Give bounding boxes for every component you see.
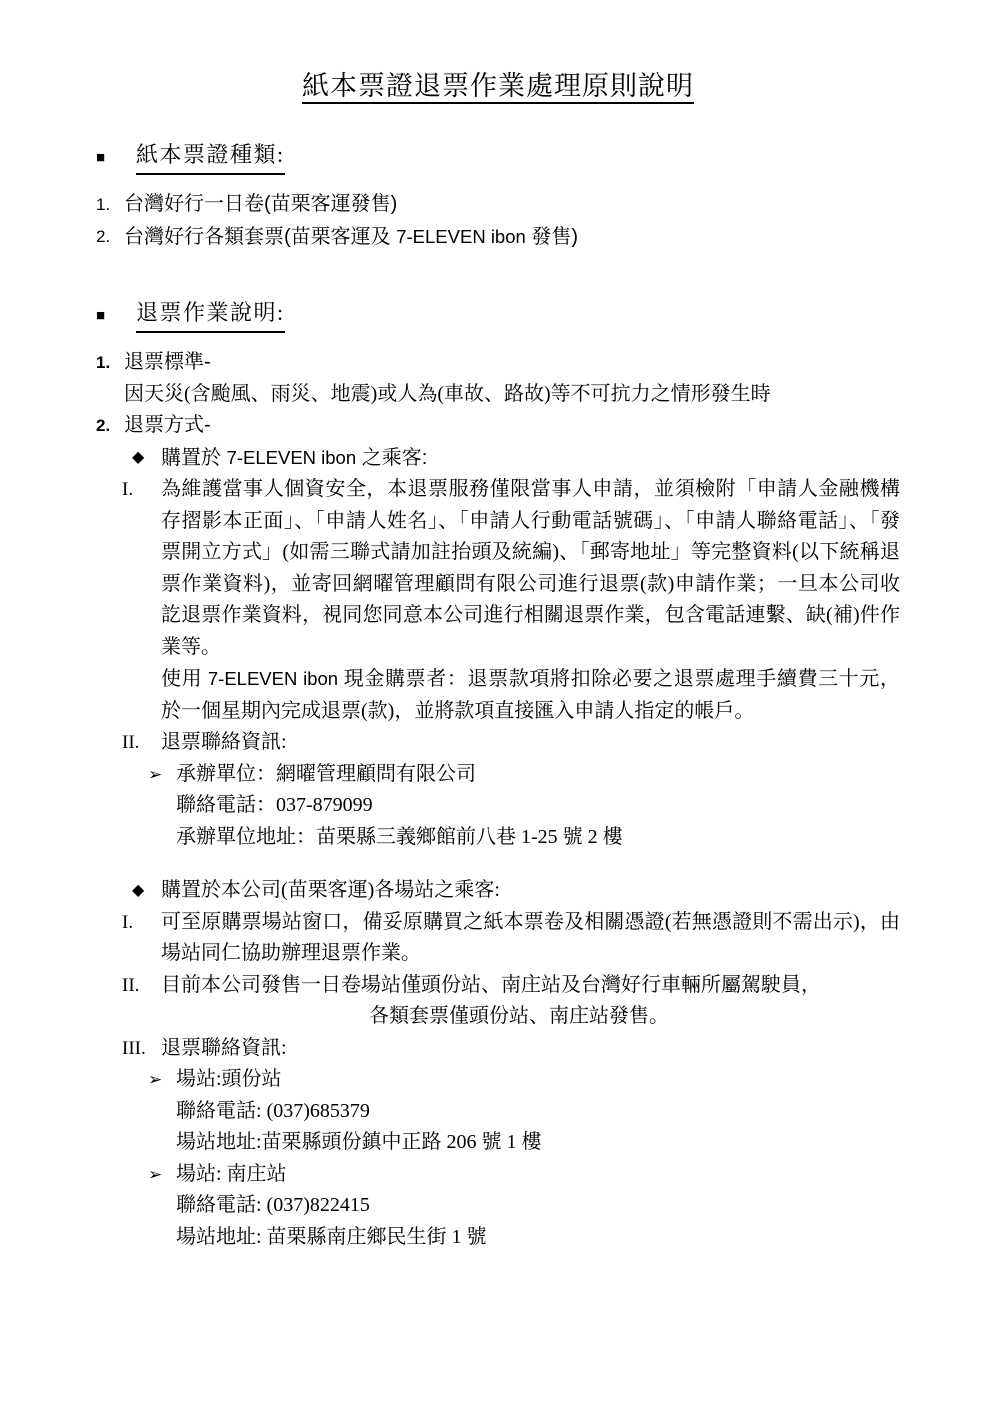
square-bullet-icon: ■	[96, 143, 136, 173]
ibon-label-post: 之乘客:	[356, 447, 427, 469]
station-paragraph-2-line2: 各類套票僅頭份站、南庄站發售。	[369, 1001, 900, 1033]
list-item: 2. 台灣好行各類套票(苗栗客運及 7-ELEVEN ibon 發售)	[96, 221, 900, 254]
refund-method-item: 2. 退票方式-	[96, 410, 900, 442]
ibon-label-pre: 購置於	[161, 447, 227, 469]
ibon-paragraph-2: 使用 7-ELEVEN ibon 現金購票者：退票款項將扣除必要之退票處理手續費…	[161, 663, 900, 727]
station2-phone: 聯絡電話: (037)822415	[176, 1190, 900, 1222]
arrow-bullet-icon: ➢	[148, 759, 176, 791]
diamond-bullet-icon: ◆	[132, 875, 161, 907]
station-roman-item-1: I. 可至原購票場站窗口，備妥原購買之紙本票卷及相關憑證(若無憑證則不需出示)，…	[122, 907, 900, 970]
ibon-paragraph-2-pre: 使用	[161, 668, 208, 690]
document-page: 紙本票證退票作業處理原則說明 ■ 紙本票證種類: 1. 台灣好行一日卷(苗栗客運…	[0, 0, 992, 1403]
ibon-contact-unit: 承辦單位：網曜管理顧問有限公司	[176, 759, 900, 791]
station-paragraph-2-line1: 目前本公司發售一日卷場站僅頭份站、南庄站及台灣好行車輛所屬駕駛員，	[161, 970, 900, 1002]
ibon-paragraph-1: 為維護當事人個資安全，本退票服務僅限當事人申請，並須檢附「申請人金融機構存摺影本…	[161, 474, 900, 663]
refund-method-label: 退票方式-	[124, 410, 900, 442]
roman-numeral: II.	[122, 727, 161, 759]
roman-numeral: II.	[122, 970, 161, 1033]
station-contact-label: 退票聯絡資訊:	[161, 1033, 900, 1065]
roman-numeral: III.	[122, 1033, 161, 1065]
ibon-customers-label: 購置於 7-ELEVEN ibon 之乘客:	[161, 442, 900, 475]
list-number: 2.	[96, 221, 124, 254]
ibon-roman-item-2: II. 退票聯絡資訊:	[122, 727, 900, 759]
ibon-contact-label: 退票聯絡資訊:	[161, 727, 900, 759]
page-title: 紙本票證退票作業處理原則說明	[96, 64, 900, 108]
list-item-text-pre: 台灣好行各類套票(苗栗客運及	[124, 226, 396, 248]
ibon-roman-item-1: I. 為維護當事人個資安全，本退票服務僅限當事人申請，並須檢附「申請人金融機構存…	[122, 474, 900, 727]
spacer	[96, 853, 900, 875]
roman-numeral: I.	[122, 907, 161, 970]
list-item-text-post: 發售)	[526, 226, 578, 248]
section-heading-ticket-types: 紙本票證種類:	[136, 140, 285, 175]
arrow-bullet-icon: ➢	[148, 1159, 176, 1191]
station2-name: 場站: 南庄站	[176, 1159, 900, 1191]
refund-process-body: 1. 退票標準- 因天災(含颱風、雨災、地震)或人為(車故、路故)等不可抗力之情…	[96, 347, 900, 1253]
station-paragraph-1: 可至原購票場站窗口，備妥原購買之紙本票卷及相關憑證(若無憑證則不需出示)，由場站…	[161, 907, 900, 970]
section-header-ticket-types: ■ 紙本票證種類:	[96, 140, 900, 175]
station-roman-item-2: II. 目前本公司發售一日卷場站僅頭份站、南庄站及台灣好行車輛所屬駕駛員， 各類…	[122, 970, 900, 1033]
refund-standard-label: 退票標準-	[124, 347, 900, 379]
station1-name: 場站:頭份站	[176, 1064, 900, 1096]
section-heading-refund-process: 退票作業說明:	[136, 298, 285, 333]
roman-numeral: I.	[122, 474, 161, 727]
list-number: 2.	[96, 410, 124, 442]
list-item-text: 台灣好行各類套票(苗栗客運及 7-ELEVEN ibon 發售)	[124, 221, 900, 254]
ibon-contact-address: 承辦單位地址：苗栗縣三義鄉館前八巷 1-25 號 2 樓	[176, 822, 900, 854]
refund-standard-detail: 因天災(含颱風、雨災、地震)或人為(車故、路故)等不可抗力之情形發生時	[124, 379, 900, 411]
station-customers-label: 購置於本公司(苗栗客運)各場站之乘客:	[161, 875, 900, 907]
list-number: 1.	[96, 189, 124, 221]
section-header-refund-process: ■ 退票作業說明:	[96, 298, 900, 333]
diamond-bullet-icon: ◆	[132, 442, 161, 475]
station-roman-item-3: III. 退票聯絡資訊:	[122, 1033, 900, 1065]
station1-name-row: ➢ 場站:頭份站	[148, 1064, 900, 1096]
ibon-brand-text: 7-ELEVEN ibon	[227, 447, 357, 468]
ticket-types-list: 1. 台灣好行一日卷(苗栗客運發售) 2. 台灣好行各類套票(苗栗客運及 7-E…	[96, 189, 900, 253]
page-title-text: 紙本票證退票作業處理原則說明	[302, 71, 694, 104]
ibon-paragraph: 為維護當事人個資安全，本退票服務僅限當事人申請，並須檢附「申請人金融機構存摺影本…	[161, 474, 900, 727]
list-item-text: 台灣好行一日卷(苗栗客運發售)	[124, 189, 900, 221]
station-customers-item: ◆ 購置於本公司(苗栗客運)各場站之乘客:	[132, 875, 900, 907]
station2-address: 場站地址: 苗栗縣南庄鄉民生街 1 號	[176, 1222, 900, 1254]
ibon-brand-text: 7-ELEVEN ibon	[208, 668, 338, 689]
station1-address: 場站地址:苗栗縣頭份鎮中正路 206 號 1 樓	[176, 1127, 900, 1159]
arrow-bullet-icon: ➢	[148, 1064, 176, 1096]
ibon-contact-phone: 聯絡電話：037-879099	[176, 790, 900, 822]
ibon-contact-unit-row: ➢ 承辦單位：網曜管理顧問有限公司	[148, 759, 900, 791]
ibon-brand-text: 7-ELEVEN ibon	[396, 226, 526, 247]
list-item: 1. 台灣好行一日卷(苗栗客運發售)	[96, 189, 900, 221]
list-number: 1.	[96, 347, 124, 379]
square-bullet-icon: ■	[96, 301, 136, 331]
ibon-customers-item: ◆ 購置於 7-ELEVEN ibon 之乘客:	[132, 442, 900, 475]
station-paragraph-2: 目前本公司發售一日卷場站僅頭份站、南庄站及台灣好行車輛所屬駕駛員， 各類套票僅頭…	[161, 970, 900, 1033]
station2-name-row: ➢ 場站: 南庄站	[148, 1159, 900, 1191]
refund-standard-item: 1. 退票標準-	[96, 347, 900, 379]
station1-phone: 聯絡電話: (037)685379	[176, 1096, 900, 1128]
